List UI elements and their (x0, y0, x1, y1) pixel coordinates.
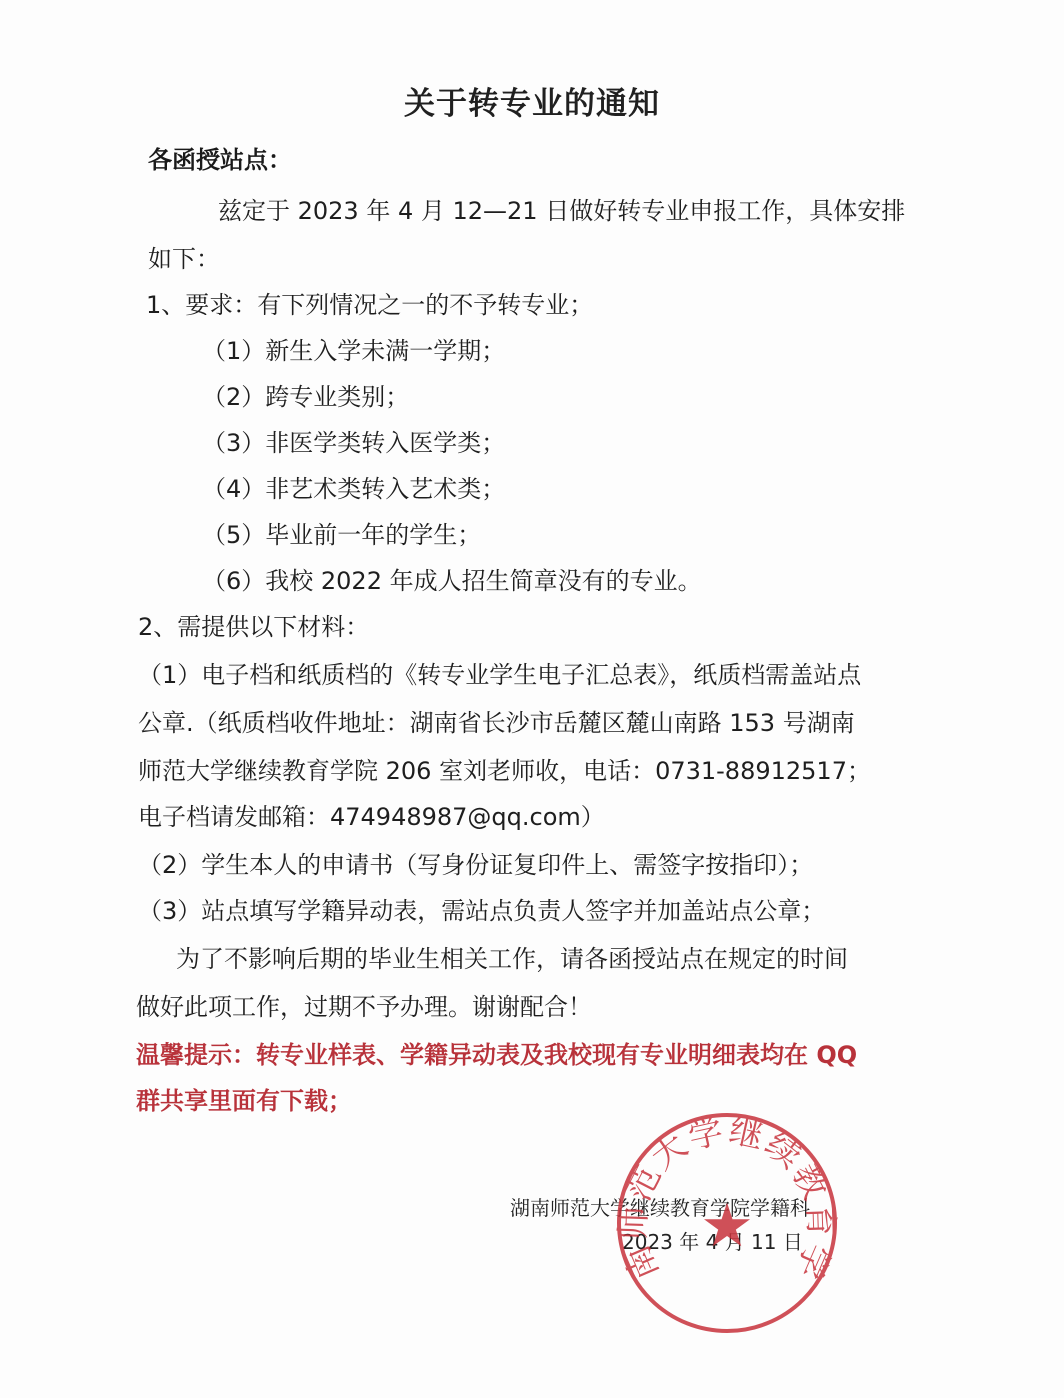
intro-line-1: 兹定于 2023 年 4 月 12—21 日做好转专业申报工作，具体安排 (218, 196, 905, 226)
section-2-heading: 2、需提供以下材料： (138, 612, 369, 642)
material-item-3: （3）站点填写学籍异动表，需站点负责人签字并加盖站点公章； (138, 896, 825, 926)
signature-date: 2023 年 4 月 11 日 (622, 1226, 803, 1255)
document-page: 关于转专业的通知 各函授站点： 兹定于 2023 年 4 月 12—21 日做好… (0, 0, 1064, 1398)
material-item-1-line-3: 师范大学继续教育学院 206 室刘老师收，电话：0731-88912517； (138, 756, 871, 786)
official-seal-stamp: 湖南师范大学继续教育学院 ★ (612, 1108, 842, 1338)
material-item-1-line-1: （1）电子档和纸质档的《转专业学生电子汇总表》，纸质档需盖站点 (138, 660, 861, 690)
intro-line-2: 如下： (148, 244, 220, 274)
requirement-item-4: （4）非艺术类转入艺术类； (202, 474, 505, 504)
tip-line-1: 温馨提示：转专业样表、学籍异动表及我校现有专业明细表均在 QQ (136, 1040, 857, 1070)
material-item-2: （2）学生本人的申请书（写身份证复印件上、需签字按指印）； (138, 850, 813, 880)
section-1-heading: 1、要求：有下列情况之一的不予转专业； (146, 290, 593, 320)
closing-line-1: 为了不影响后期的毕业生相关工作，请各函授站点在规定的时间 (176, 944, 848, 974)
requirement-item-1: （1）新生入学未满一学期； (202, 336, 505, 366)
requirement-item-6: （6）我校 2022 年成人招生简章没有的专业。 (202, 566, 702, 596)
document-title: 关于转专业的通知 (0, 78, 1064, 123)
material-item-1-line-4: 电子档请发邮箱：474948987@qq.com） (138, 802, 605, 832)
requirement-item-2: （2）跨专业类别； (202, 382, 409, 412)
tip-line-2: 群共享里面有下载； (136, 1086, 352, 1116)
requirement-item-5: （5）毕业前一年的学生； (202, 520, 481, 550)
closing-line-2: 做好此项工作，过期不予办理。谢谢配合！ (136, 992, 592, 1022)
requirement-item-3: （3）非医学类转入医学类； (202, 428, 505, 458)
salutation: 各函授站点： (148, 140, 292, 175)
signature-organization: 湖南师范大学继续教育学院学籍科 (510, 1192, 810, 1221)
material-item-1-line-2: 公章.（纸质档收件地址：湖南省长沙市岳麓区麓山南路 153 号湖南 (138, 708, 855, 738)
